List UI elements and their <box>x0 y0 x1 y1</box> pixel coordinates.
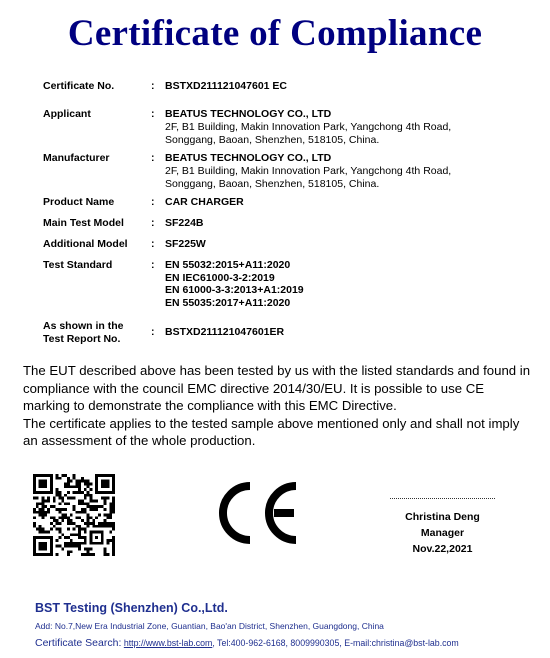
applicant-address-line2: Songgang, Baoan, Shenzhen, 518105, China… <box>165 134 451 147</box>
main-test-model: SF224B <box>165 217 204 230</box>
field-colon: : <box>151 326 155 338</box>
field-label: Manufacturer <box>43 152 153 165</box>
ce-mark-icon <box>212 482 300 544</box>
product-name: CAR CHARGER <box>165 196 244 209</box>
certificate-number: BSTXD211121047601 EC <box>165 80 287 93</box>
test-standard-item: EN 55032:2015+A11:2020 <box>165 259 304 272</box>
applicant-address-line1: 2F, B1 Building, Makin Innovation Park, … <box>165 121 451 134</box>
test-standard-item: EN 61000-3-3:2013+A1:2019 <box>165 284 304 297</box>
statement-paragraph-2: The certificate applies to the tested sa… <box>23 415 533 450</box>
issuer-address: Add: No.7,New Era Industrial Zone, Guant… <box>35 621 384 631</box>
test-standard-item: EN 55035:2017+A11:2020 <box>165 297 304 310</box>
signer-name: Christina Deng <box>385 509 500 525</box>
field-label-line2: Test Report No. <box>43 333 153 346</box>
field-label: Certificate No. <box>43 80 153 93</box>
field-label: Applicant <box>43 108 153 121</box>
field-label: As shown in the Test Report No. <box>43 320 153 346</box>
field-label: Product Name <box>43 196 153 209</box>
issuer-company: BST Testing (Shenzhen) Co.,Ltd. <box>35 601 228 615</box>
certificate-search-label: Certificate Search: <box>35 637 121 649</box>
applicant-value: BEATUS TECHNOLOGY CO., LTD 2F, B1 Buildi… <box>165 108 451 147</box>
manufacturer-name: BEATUS TECHNOLOGY CO., LTD <box>165 152 331 164</box>
field-colon: : <box>151 80 155 92</box>
test-standard-item: EN IEC61000-3-2:2019 <box>165 272 304 285</box>
certificate-title: Certificate of Compliance <box>0 12 550 55</box>
field-colon: : <box>151 217 155 229</box>
qr-code-icon <box>33 474 115 556</box>
contact-info: , Tel:400-962-6168, 8009990305, E-mail:c… <box>212 638 458 648</box>
field-colon: : <box>151 238 155 250</box>
compliance-statement: The EUT described above has been tested … <box>23 362 533 450</box>
signer-role: Manager <box>385 525 500 541</box>
manufacturer-value: BEATUS TECHNOLOGY CO., LTD 2F, B1 Buildi… <box>165 152 451 191</box>
test-standard-list: EN 55032:2015+A11:2020 EN IEC61000-3-2:2… <box>165 259 304 309</box>
website-link[interactable]: http://www.bst-lab.com <box>124 638 213 648</box>
signature-block: Christina Deng Manager Nov.22,2021 <box>385 498 500 557</box>
applicant-name: BEATUS TECHNOLOGY CO., LTD <box>165 108 331 120</box>
signature-line <box>390 498 495 499</box>
field-label-line1: As shown in the <box>43 320 153 333</box>
field-label: Test Standard <box>43 259 153 272</box>
field-colon: : <box>151 108 155 120</box>
manufacturer-address-line1: 2F, B1 Building, Makin Innovation Park, … <box>165 165 451 178</box>
field-colon: : <box>151 196 155 208</box>
manufacturer-address-line2: Songgang, Baoan, Shenzhen, 518105, China… <box>165 178 451 191</box>
statement-paragraph-1: The EUT described above has been tested … <box>23 362 533 415</box>
field-label: Main Test Model <box>43 217 153 230</box>
certificate-search: Certificate Search: http://www.bst-lab.c… <box>35 637 459 649</box>
signature-date: Nov.22,2021 <box>385 541 500 557</box>
field-label: Additional Model <box>43 238 153 251</box>
test-report-number: BSTXD211121047601ER <box>165 326 284 339</box>
additional-model: SF225W <box>165 238 206 251</box>
field-colon: : <box>151 152 155 164</box>
field-colon: : <box>151 259 155 271</box>
